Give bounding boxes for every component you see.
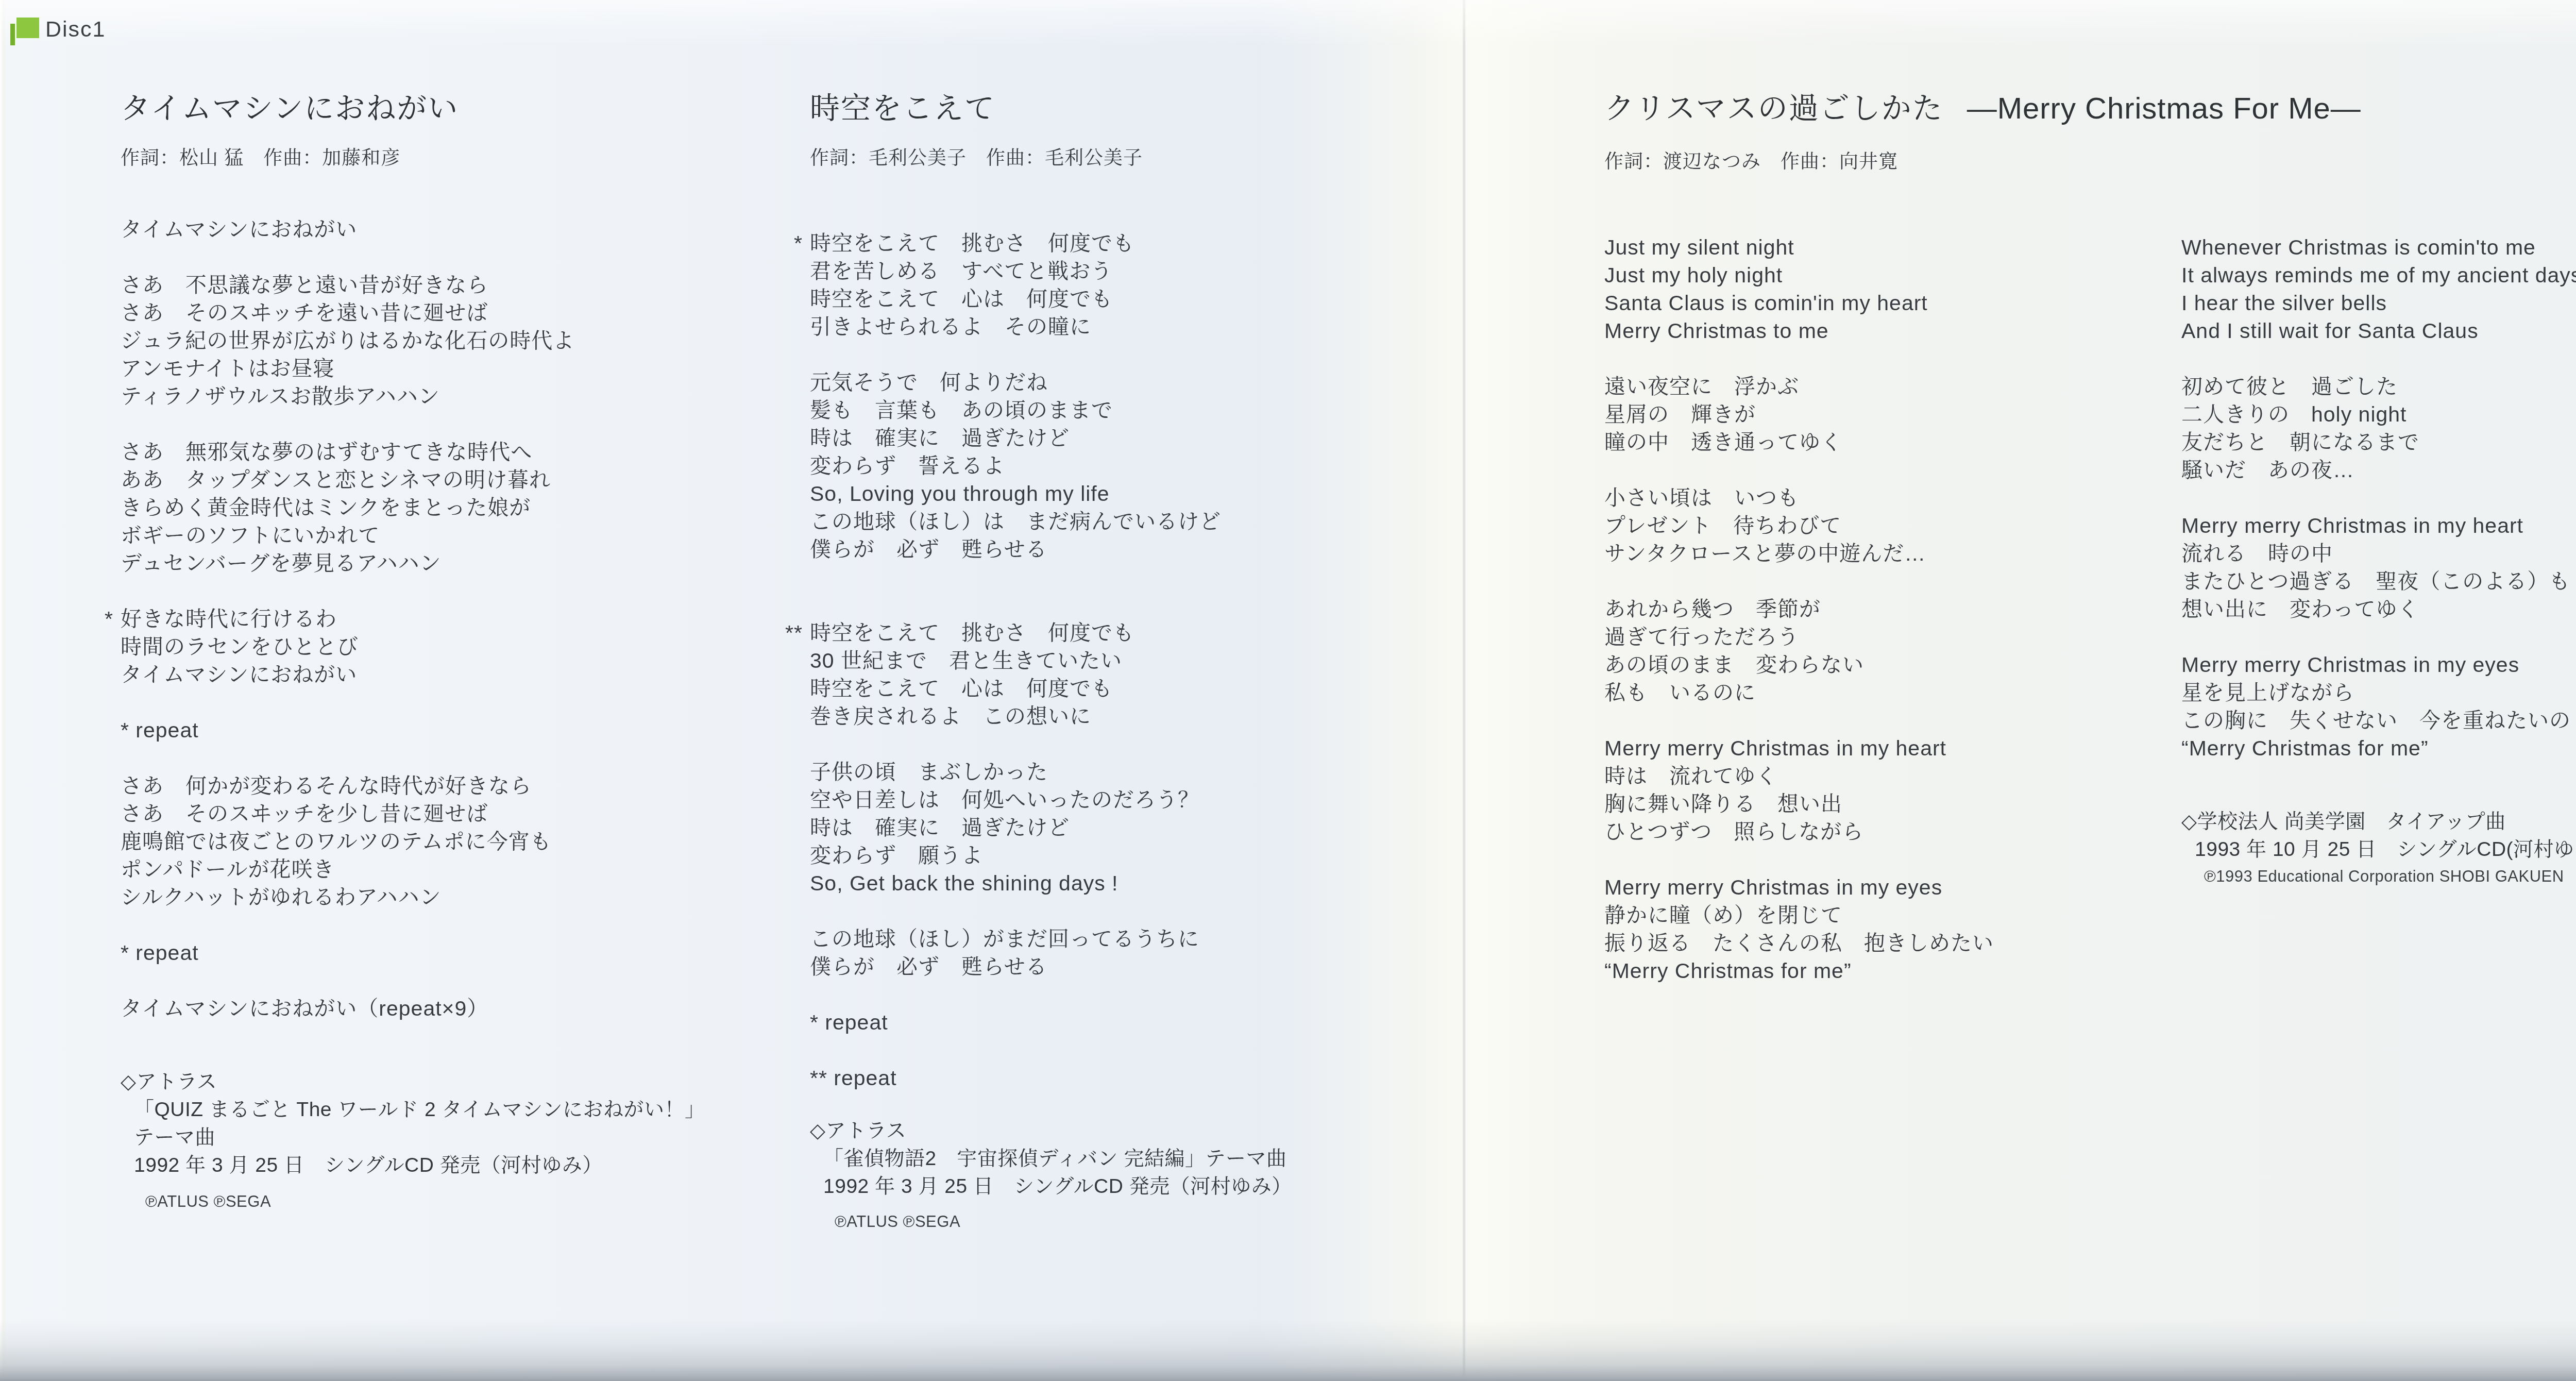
lyric-line <box>1604 345 1994 373</box>
song-credits: 作詞：毛利公美子 作曲：毛利公美子 <box>810 142 1143 170</box>
lyric-line: ボギーのソフトにいかれて <box>121 521 574 549</box>
lyric-line <box>810 981 1221 1008</box>
lyric-line: ジュラ紀の世界が広がりはるかな化石の時代よ <box>121 327 574 355</box>
lyric-line: 時は 確実に 過ぎたけど <box>810 424 1221 452</box>
lyric-line: あれから幾つ 季節が <box>1604 595 1994 623</box>
song-title: タイムマシンにおねがい <box>121 92 459 126</box>
song-title: クリスマスの過ごしかた—Merry Christmas For Me— <box>1604 92 2361 126</box>
lyric-line <box>1604 706 1994 734</box>
lyrics-block-left: Just my silent nightJust my holy nightSa… <box>1604 233 1994 985</box>
stanza-marker: * <box>794 229 803 257</box>
lyric-line: サンタクロースと夢の中遊んだ… <box>1604 540 1994 567</box>
lyrics-block: タイムマシンにおねがい さあ 不思議な夢と遠い昔が好きならさあ そのスヰッチを遠… <box>121 215 574 1022</box>
note-line: 1992 年 3 月 25 日 シングルCD 発売（河村ゆみ） <box>121 1152 705 1180</box>
lyric-line: 初めて彼と 過ごした <box>2181 373 2576 400</box>
lyric-line: Merry merry Christmas in my eyes <box>2181 651 2576 679</box>
note-line: テーマ曲 <box>121 1124 705 1152</box>
lyric-line <box>810 897 1221 925</box>
note-line: 「雀偵物語2 宇宙探偵ディバン 完結編」テーマ曲 <box>810 1145 1292 1173</box>
lyric-line <box>121 744 574 772</box>
lyric-line: 過ぎて行っただろう <box>1604 623 1994 651</box>
lyric-line: “Merry Christmas for me” <box>2181 734 2576 762</box>
lyric-line: さあ 何かが変わるそんな時代が好きなら <box>121 772 574 800</box>
lyric-line <box>810 591 1221 619</box>
copyright-line: ℗ATLUS ℗SEGA <box>121 1192 271 1211</box>
song-title-jp: クリスマスの過ごしかた <box>1604 92 1943 125</box>
lyric-line: *時空をこえて 挑むさ 何度でも <box>810 229 1221 257</box>
lyric-line <box>1604 567 1994 595</box>
lyric-line: この地球（ほし）は まだ病んでいるけど <box>810 508 1221 535</box>
note-line: ◇アトラス <box>810 1117 1292 1145</box>
lyric-line <box>2181 484 2576 512</box>
lyric-line: ああ タップダンスと恋とシネマの明け暮れ <box>121 466 574 494</box>
note-line: ◇学校法人 尚美学園 タイアップ曲 <box>2181 808 2576 836</box>
lyric-line: 僕らが 必ず 甦らせる <box>810 953 1221 981</box>
lyric-line: 時は 流れてゆく <box>1604 762 1994 790</box>
lyric-line: 空や日差しは 何処へいったのだろう？ <box>810 786 1221 814</box>
lyric-line: デュセンバーグを夢見るアハハン <box>121 549 574 577</box>
lyric-line: またひとつ過ぎる 聖夜（このよる）も <box>2181 567 2576 595</box>
copyright-line: ℗ATLUS ℗SEGA <box>810 1212 960 1231</box>
lyric-line: Whenever Christmas is comin'to me <box>2181 233 2576 261</box>
lyric-line <box>810 1036 1221 1064</box>
note-line: 1992 年 3 月 25 日 シングルCD 発売（河村ゆみ） <box>810 1173 1292 1201</box>
lyric-line: 元気そうで 何よりだね <box>810 368 1221 396</box>
lyric-line: So, Loving you through my life <box>810 480 1221 508</box>
lyric-line: 小さい頃は いつも <box>1604 484 1994 512</box>
lyric-line: 騒いだ あの夜… <box>2181 456 2576 484</box>
lyric-line: タイムマシンにおねがい <box>121 215 574 243</box>
lyric-line: *好きな時代に行けるわ <box>121 605 574 633</box>
lyric-line: ひとつずつ 照らしながら <box>1604 818 1994 846</box>
lyric-line: Merry Christmas to me <box>1604 317 1994 345</box>
lyric-line <box>1604 456 1994 484</box>
lyric-line: この胸に 失くせない 今を重ねたいの <box>2181 706 2576 734</box>
lyric-line: タイムマシンにおねがい（repeat×9） <box>121 995 574 1022</box>
lyric-line: Just my silent night <box>1604 233 1994 261</box>
disc1-badge-left: Disc1 <box>10 18 106 45</box>
lyric-line: 子供の頃 まぶしかった <box>810 758 1221 786</box>
lyric-line <box>121 967 574 995</box>
lyric-line: **時空をこえて 挑むさ 何度でも <box>810 619 1221 647</box>
note-line: 「QUIZ まるごと The ワールド 2 タイムマシンにおねがい！」 <box>121 1096 705 1124</box>
lyric-line: 時間のラセンをひととび <box>121 633 574 661</box>
song-title-en: —Merry Christmas For Me— <box>1967 92 2361 125</box>
lyric-line: 二人きりの holy night <box>2181 400 2576 428</box>
lyric-line: この地球（ほし）がまだ回ってるうちに <box>810 925 1221 953</box>
lyric-line: 想い出に 変わってゆく <box>2181 595 2576 623</box>
lyric-line: Just my holy night <box>1604 261 1994 289</box>
page-gutter-seam <box>1462 0 1466 1381</box>
lyric-line: And I still wait for Santa Claus <box>2181 317 2576 345</box>
lyric-line <box>121 911 574 939</box>
lyric-line: さあ そのスヰッチを少し昔に廻せば <box>121 800 574 828</box>
lyric-line <box>810 730 1221 758</box>
lyric-line: * repeat <box>121 939 574 967</box>
lyric-line: 静かに瞳（め）を閉じて <box>1604 901 1994 929</box>
lyric-line <box>810 563 1221 591</box>
song-credits: 作詞：渡辺なつみ 作曲：向井寛 <box>1604 146 1898 174</box>
lyric-line: * repeat <box>121 716 574 744</box>
lyrics-block: *時空をこえて 挑むさ 何度でも君を苦しめる すべてと戦おう時空をこえて 心は … <box>810 229 1221 1092</box>
lyrics-block-right: Whenever Christmas is comin'to meIt alwa… <box>2181 233 2576 762</box>
song-title: 時空をこえて <box>810 92 995 126</box>
song-column-christmas: クリスマスの過ごしかた—Merry Christmas For Me— 作詞：渡… <box>1604 92 2576 1339</box>
lyric-line: Merry merry Christmas in my heart <box>1604 734 1994 762</box>
lyric-line: 引きよせられるよ その瞳に <box>810 313 1221 341</box>
lyric-line <box>2181 623 2576 651</box>
lyric-line: 流れる 時の中 <box>2181 540 2576 567</box>
lyric-line: “Merry Christmas for me” <box>1604 957 1994 985</box>
lyric-line: 振り返る たくさんの私 抱きしめたい <box>1604 929 1994 957</box>
copyright-line: ℗1993 Educational Corporation SHOBI GAKU… <box>2181 867 2564 886</box>
lyric-line: 変わらず 誓えるよ <box>810 452 1221 480</box>
lyric-line: 30 世紀まで 君と生きていたい <box>810 647 1221 675</box>
release-notes: ◇学校法人 尚美学園 タイアップ曲1993 年 10 月 25 日 シングルCD… <box>2181 808 2576 864</box>
lyric-line <box>121 577 574 605</box>
lyric-line: さあ そのスヰッチを遠い昔に廻せば <box>121 299 574 327</box>
lyric-line: 巻き戻されるよ この想いに <box>810 702 1221 730</box>
lyric-line <box>121 243 574 271</box>
lyric-line: プレゼント 待ちわびて <box>1604 512 1994 540</box>
lyric-line: 僕らが 必ず 甦らせる <box>810 535 1221 563</box>
green-tab-icon <box>10 24 15 45</box>
lyric-line: 瞳の中 透き通ってゆく <box>1604 428 1994 456</box>
lyric-line: 変わらず 願うよ <box>810 841 1221 869</box>
lyric-line <box>1604 846 1994 873</box>
disc-label-left: Disc1 <box>45 18 106 41</box>
lyric-line: 友だちと 朝になるまで <box>2181 428 2576 456</box>
stanza-marker: * <box>105 605 113 633</box>
lyric-line <box>121 410 574 438</box>
lyric-line: 時空をこえて 心は 何度でも <box>810 675 1221 702</box>
lyric-line: 星屑の 輝きが <box>1604 400 1994 428</box>
lyric-line: 鹿鳴館では夜ごとのワルツのテムポに今宵も <box>121 828 574 855</box>
lyric-line: さあ 無邪気な夢のはずむすてきな時代へ <box>121 438 574 466</box>
lyric-line: ** repeat <box>810 1064 1221 1092</box>
lyric-line: 時空をこえて 心は 何度でも <box>810 285 1221 313</box>
lyric-line <box>2181 345 2576 373</box>
lyric-line: ティラノザウルスお散歩アハハン <box>121 382 574 410</box>
lyric-line: Santa Claus is comin'in my heart <box>1604 289 1994 317</box>
song-credits: 作詞：松山 猛 作曲：加藤和彦 <box>121 142 400 170</box>
lyric-line: ポンパドールが花咲き <box>121 855 574 883</box>
note-line: ◇アトラス <box>121 1068 705 1096</box>
lyric-line: 胸に舞い降りる 想い出 <box>1604 790 1994 818</box>
lyric-line: アンモナイトはお昼寝 <box>121 355 574 382</box>
release-notes: ◇アトラス「QUIZ まるごと The ワールド 2 タイムマシンにおねがい！」… <box>121 1068 705 1180</box>
lyric-line: きらめく黄金時代はミンクをまとった娘が <box>121 494 574 521</box>
lyric-line: It always reminds me of my ancient days <box>2181 261 2576 289</box>
lyric-line: 私も いるのに <box>1604 679 1994 706</box>
note-line: 1993 年 10 月 25 日 シングルCD(河村ゆみ) <box>2181 836 2576 864</box>
lyric-line: Merry merry Christmas in my eyes <box>1604 873 1994 901</box>
lyric-line: 髪も 言葉も あの頃のままで <box>810 396 1221 424</box>
song-column-timemachine: タイムマシンにおねがい 作詞：松山 猛 作曲：加藤和彦 タイムマシンにおねがい … <box>121 92 790 1339</box>
lyric-line: シルクハットがゆれるわアハハン <box>121 883 574 911</box>
lyric-line: Merry merry Christmas in my heart <box>2181 512 2576 540</box>
lyric-line: さあ 不思議な夢と遠い昔が好きなら <box>121 271 574 299</box>
lyric-line: 時は 確実に 過ぎたけど <box>810 814 1221 841</box>
page-edge-highlight <box>0 0 6 1381</box>
lyric-line: I hear the silver bells <box>2181 289 2576 317</box>
lyric-line: 君を苦しめる すべてと戦おう <box>810 257 1221 285</box>
lyric-line: タイムマシンにおねがい <box>121 661 574 688</box>
top-edge-highlight <box>0 0 2576 46</box>
lyric-line: 遠い夜空に 浮かぶ <box>1604 373 1994 400</box>
lyric-line <box>810 341 1221 368</box>
lyric-line <box>121 688 574 716</box>
lyric-line: * repeat <box>810 1008 1221 1036</box>
lyric-line: So, Get back the shining days ! <box>810 869 1221 897</box>
lyric-line: 星を見上げながら <box>2181 679 2576 706</box>
stanza-marker: ** <box>785 619 803 647</box>
release-notes: ◇アトラス「雀偵物語2 宇宙探偵ディバン 完結編」テーマ曲1992 年 3 月 … <box>810 1117 1292 1201</box>
song-column-jikuwokoete: 時空をこえて 作詞：毛利公美子 作曲：毛利公美子 *時空をこえて 挑むさ 何度で… <box>810 92 1454 1339</box>
lyric-line: あの頃のまま 変わらない <box>1604 651 1994 679</box>
green-square-icon <box>16 18 39 38</box>
